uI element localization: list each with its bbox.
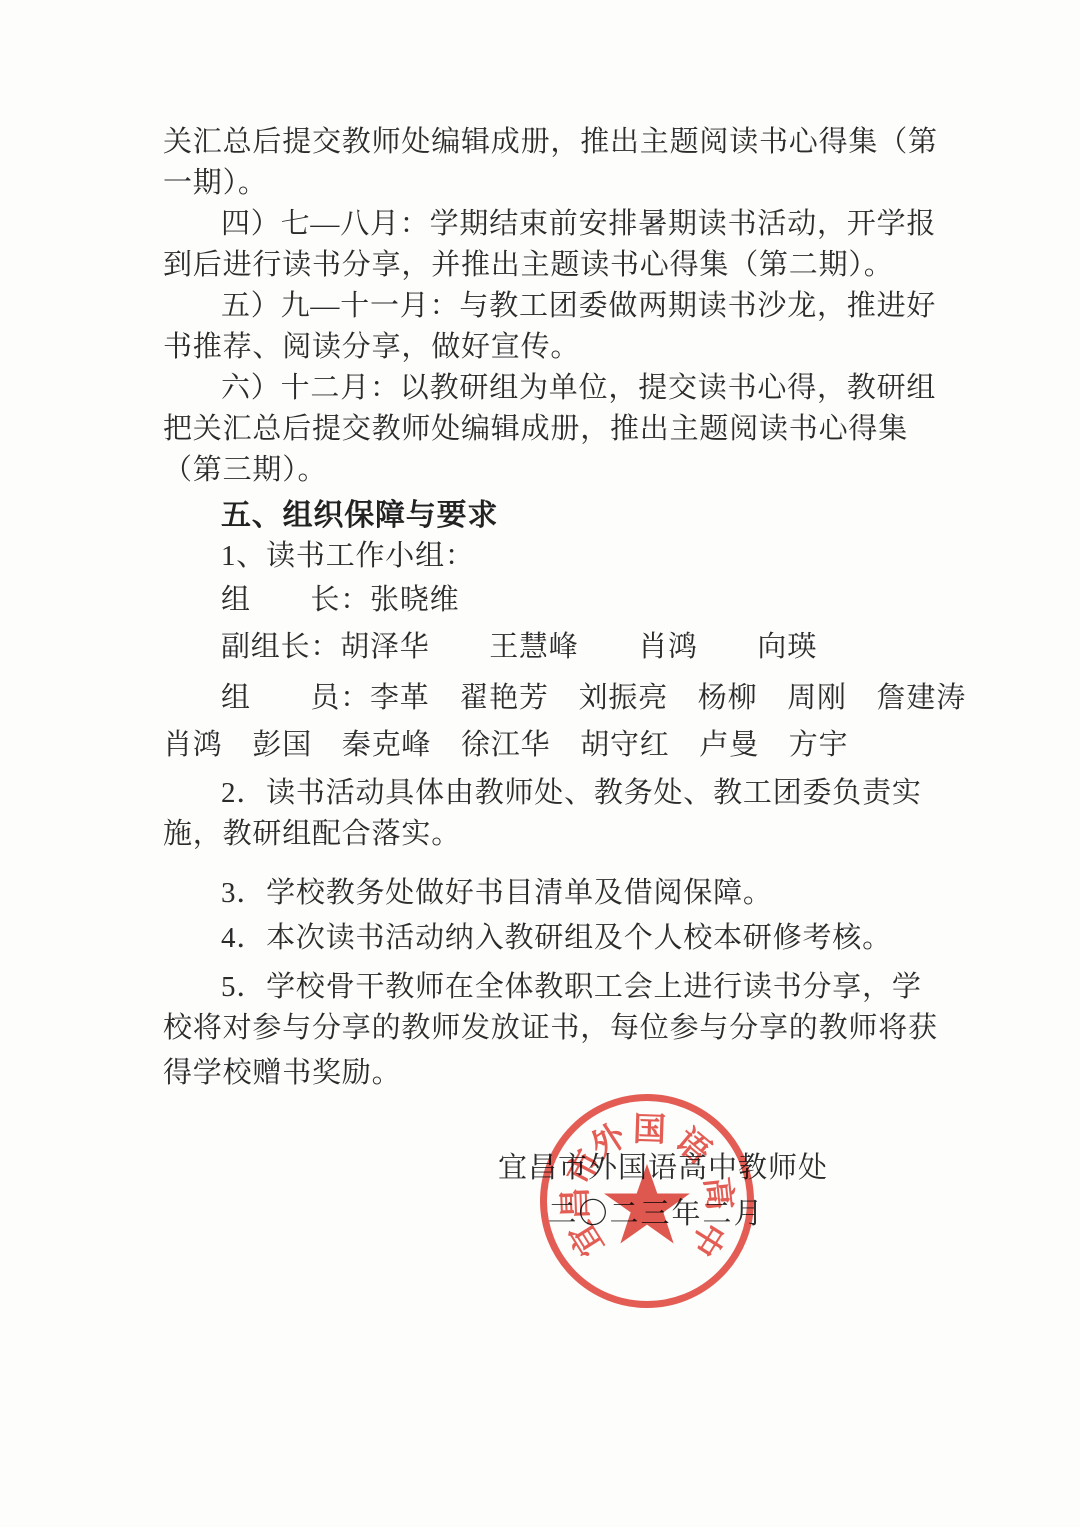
body-line: 2．读书活动具体由教师处、教务处、教工团委负责实 [163, 773, 963, 814]
body-line: （第三期）。 [163, 450, 963, 491]
body-line: 五）九—十一月：与教工团委做两期读书沙龙，推进好 [163, 286, 963, 327]
body-line: 关汇总后提交教师处编辑成册，推出主题阅读书心得集（第 [163, 122, 963, 163]
body-line: 得学校赠书奖励。 [163, 1053, 963, 1094]
official-seal: 宜 昌 市 外 国 语 高 中 [540, 1094, 754, 1308]
body-line: 书推荐、阅读分享，做好宣传。 [163, 327, 963, 368]
body-line: 4．本次读书活动纳入教研组及个人校本研修考核。 [163, 918, 963, 959]
body-line: 3．学校教务处做好书目清单及借阅保障。 [163, 873, 963, 914]
body-line: 六）十二月：以教研组为单位，提交读书心得，教研组 [163, 368, 963, 409]
section-heading: 五、组织保障与要求 [163, 495, 963, 536]
body-line: 副组长：胡泽华 王慧峰 肖鸿 向瑛 [163, 627, 963, 668]
star-icon [604, 1164, 690, 1246]
body-line: 组 员：李革 翟艳芳 刘振亮 杨柳 周刚 詹建涛 [163, 678, 963, 719]
body-line: 到后进行读书分享，并推出主题读书心得集（第二期）。 [163, 245, 963, 286]
seal-char: 中 [681, 1214, 738, 1267]
body-line: 5．学校骨干教师在全体教职工会上进行读书分享，学 [163, 967, 963, 1008]
body-line: 组 长：张晓维 [163, 580, 963, 621]
body-line: 一期）。 [163, 163, 963, 204]
body-line: 1、读书工作小组： [163, 536, 963, 577]
body-line: 把关汇总后提交教师处编辑成册，推出主题阅读书心得集 [163, 409, 963, 450]
body-line: 肖鸿 彭国 秦克峰 徐江华 胡守红 卢曼 方宇 [163, 725, 963, 766]
seal-char: 昌 [549, 1186, 597, 1221]
body-line: 四）七—八月：学期结束前安排暑期读书活动，开学报 [163, 204, 963, 245]
body-line: 校将对参与分享的教师发放证书，每位参与分享的教师将获 [163, 1008, 963, 1049]
seal-char: 国 [632, 1103, 667, 1151]
seal-char: 高 [695, 1174, 745, 1212]
seal-char: 语 [667, 1116, 722, 1173]
seal-char: 宜 [556, 1214, 613, 1267]
body-line: 施，教研组配合落实。 [163, 814, 963, 855]
document-body: 关汇总后提交教师处编辑成册，推出主题阅读书心得集（第 一期）。 四）七—八月：学… [163, 122, 963, 1094]
